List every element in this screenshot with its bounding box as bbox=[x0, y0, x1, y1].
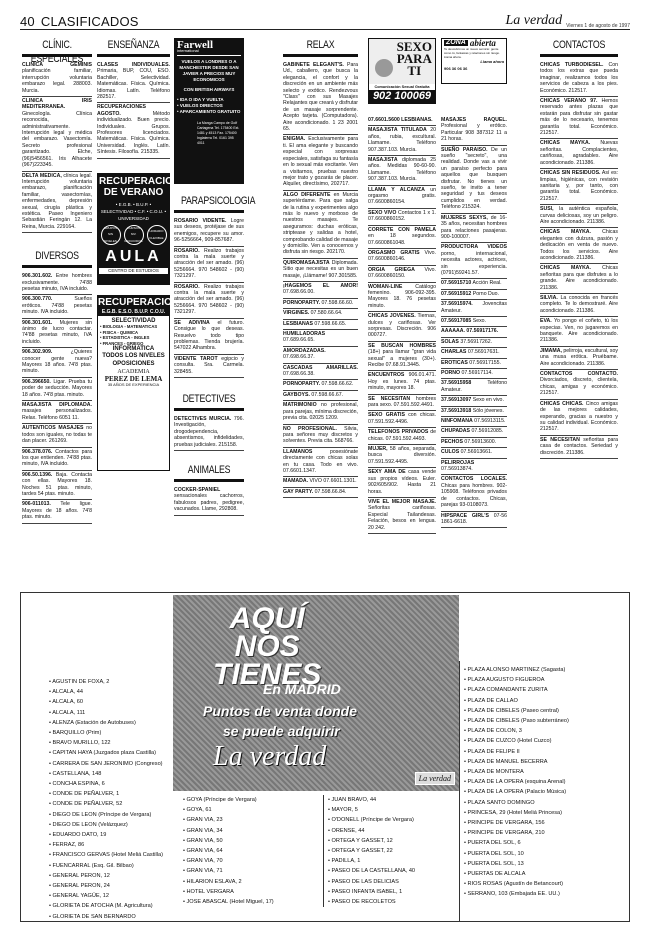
classified-ad: CONTACTOS CONTACTO. Divorciados, discret… bbox=[540, 370, 618, 400]
ad-body: 07.56917155. bbox=[468, 360, 501, 366]
classified-ad: MATRIMONIO no profesional, para parejas,… bbox=[283, 401, 358, 424]
ad-heading: VIRGINES. bbox=[283, 310, 309, 316]
sales-point-item: • GLORIETA DE SAN BERNARDO bbox=[49, 912, 199, 922]
classified-ad: 37.56913918 Sólo jóvenes. bbox=[441, 407, 507, 417]
sales-point-item: • PASEO DE RECOLETOS bbox=[328, 897, 463, 907]
detectives-list: DETECTIVES MURCIA. 796. Investigación, d… bbox=[174, 415, 244, 451]
farwell-contact: La Manga Campo de Golf Cartagena Tel. 17… bbox=[177, 121, 241, 146]
classified-ad: CHICAS VERANO 97. Hemos reservado antes … bbox=[540, 97, 618, 139]
ad-heading: DETECTIVES MURCIA. bbox=[174, 416, 231, 422]
ad-heading: 906-011013. bbox=[22, 501, 51, 507]
classified-ad: SOLAS 37.56917262. bbox=[441, 338, 507, 348]
sales-point-item: • DIEGO DE LEON (Príncipe de Vergara) bbox=[49, 810, 199, 820]
headline-sub: En MADRID bbox=[263, 681, 341, 697]
classified-ad: AMORDAZADAS. 07.698.66.37. bbox=[283, 347, 358, 364]
classified-ad: GAYBOYS. 07.598.66.67. bbox=[283, 391, 358, 401]
zona-script: abierta bbox=[470, 40, 496, 46]
ensenanza-list: CLASES INDIVIDUALES. Primaria, BUP, COU,… bbox=[97, 61, 170, 159]
sales-point-item: • PLAZA DE FELIPE II bbox=[464, 747, 631, 757]
ad-heading: 906.396650. bbox=[22, 379, 51, 385]
sales-point-item: • ORTEGA Y GASSET, 12 bbox=[328, 836, 463, 846]
classified-ad: RECUPERACIONES AGOSTO. Método individual… bbox=[97, 103, 170, 158]
sales-points-right: • PLAZA ALONSO MARTINEZ (Sagasta)• PLAZA… bbox=[459, 661, 631, 921]
ad-heading: VIDENTE TAROT bbox=[174, 356, 218, 362]
classified-ad: VIDENTE TAROT egipcio y consulta. Sra. C… bbox=[174, 355, 244, 378]
sales-point-item: • PLAZA DE CALLAO bbox=[464, 696, 631, 706]
sexo-para-ti-ad[interactable]: SEXO PARA TI Comunicación Sexual Gratuit… bbox=[368, 38, 436, 104]
zona-brand: ZONA bbox=[444, 40, 468, 46]
sales-points-mid2: • JUAN BRAVO, 44• MAYOR, 5• O'DONELL (Pr… bbox=[323, 795, 463, 907]
ad-heading: COCKER-SPANIEL bbox=[174, 487, 220, 493]
promo-badge: La verdad bbox=[415, 772, 455, 785]
ad-heading: 906.378.076. bbox=[22, 449, 52, 455]
ad-heading: ROSARIO. bbox=[174, 284, 200, 290]
ad-heading: CHICAS MAYKA. bbox=[540, 140, 590, 146]
column-relax: RELAX GABINETE ELEGANT'S. Para Ud., caba… bbox=[283, 38, 358, 498]
sales-point-item: • GENERAL PERON, 12 bbox=[49, 871, 199, 881]
sales-point-item: • DIEGO DE LEON (Velázquez) bbox=[49, 820, 199, 830]
sales-point-item: • GENERAL PERON, 24 bbox=[49, 881, 199, 891]
relax-list: GABINETE ELEGANT'S. Para Ud., caballero,… bbox=[283, 61, 358, 498]
relax2-list: 07.6601.5600 LESBIANAS.MASAJISTA TITULAD… bbox=[368, 116, 436, 534]
classified-ad: NINFOMANA 07.56913115. bbox=[441, 417, 507, 427]
ad-body: Profesional y erótico. Particular 908 38… bbox=[441, 123, 507, 142]
ad-heading: SUSI, bbox=[540, 206, 554, 212]
classified-ad: MASAJES RAQUEL. Profesional y erótico. P… bbox=[441, 116, 507, 146]
classified-ad: 906.378.076. Contactos para los que enti… bbox=[22, 448, 92, 471]
ad-body: VIVO 07.6601.1301. bbox=[308, 478, 356, 484]
headline-1: AQUÍ bbox=[213, 605, 321, 633]
classified-ad: 906.301.601. Mujeres sin ánimo de lucro … bbox=[22, 319, 92, 349]
farwell-ad[interactable]: Farwell international VUELOS A LONDRES O… bbox=[174, 38, 244, 184]
ad-heading: DELTA MEDICA, bbox=[22, 173, 62, 179]
classified-ad: CLINICA IRIS MEDITERRANEA. Ginecología. … bbox=[22, 97, 92, 171]
classified-ad: ORGASMO GRATIS Vivo. 07.6600860146. bbox=[368, 249, 436, 266]
classified-ad: MASAJISTA TITULADA 20 años, rubia, escul… bbox=[368, 126, 436, 156]
aula-ad[interactable]: RECUPERACIONES DE VERANO • E.G.B. • B.U.… bbox=[97, 173, 170, 285]
aula-sub: CENTRO DE ESTUDIOS bbox=[99, 268, 168, 274]
classified-ad: MASAJISTA DIPLOMADA. masajes personaliza… bbox=[22, 401, 92, 424]
sales-point-item: • SERRANO, 103 (Embajada EE. UU.) bbox=[464, 889, 631, 899]
classified-ad: SE NECESITAN hombres para sexo. 07.591.5… bbox=[368, 395, 436, 412]
classified-ad: GABINETE ELEGANT'S. Para Ud., caballero,… bbox=[283, 61, 358, 135]
classified-ad: LLAMANOS posesiónate directamente con ch… bbox=[283, 448, 358, 478]
classified-ad: ROSARIO VIDENTE. Logre sus deseos, proté… bbox=[174, 217, 244, 247]
academia-subjects: • BIOLOGIA - MATEMATICAS • FISICA - QUIM… bbox=[98, 324, 169, 346]
ad-body: Acción Real. bbox=[471, 280, 501, 286]
ad-heading: SE NECESITAN bbox=[540, 437, 580, 443]
classified-ad: MUJERES SEXYS, de 16-35 años, necesitan … bbox=[441, 214, 507, 244]
ad-body: 07.580.66.64. bbox=[309, 310, 342, 316]
classified-ad: SUSI, la auténtica española, curvas deli… bbox=[540, 205, 618, 228]
ad-heading: 07.56915710 bbox=[441, 280, 471, 286]
ad-heading: GAY PARTY. bbox=[283, 489, 313, 495]
ad-heading: JIMAMA, bbox=[540, 348, 562, 354]
sales-point-item: • PLAZA DE MONTERA bbox=[464, 767, 631, 777]
ad-body: 07.689.66.65. bbox=[283, 337, 315, 343]
section-parapsicologia-title: PARAPSICOLOGIA bbox=[181, 194, 237, 208]
sales-point-item: • PLAZA COMANDANTE ZURITA bbox=[464, 685, 631, 695]
classified-ad: SILVIA. La conocida en francés completo.… bbox=[540, 294, 618, 317]
classified-ad: ENCUENTROS 906.01.471. Hoy es lunes. 74 … bbox=[368, 371, 436, 394]
classified-ad: SE NECESITAN señoritas para casa de cont… bbox=[540, 436, 618, 459]
farwell-headline: VUELOS A LONDRES O A MANCHESTER DESDE SA… bbox=[177, 59, 241, 83]
ad-heading: ORGIA GRIEGA bbox=[368, 267, 415, 273]
ad-heading: CHUPADAS bbox=[441, 428, 470, 434]
aula-ad-title: RECUPERACIONES bbox=[99, 176, 168, 187]
classified-ad: CHARLAS 07.56917631. bbox=[441, 348, 507, 358]
ad-body: Señoritas cariñosas. Especial Tailandesa… bbox=[368, 505, 436, 530]
classified-ad: CORRETE CON PAMELA en 18 segundos. 07.66… bbox=[368, 226, 436, 249]
ad-body: masajes personalizados. Relax. Teléfono … bbox=[22, 408, 92, 420]
sales-point-item: • FERRAZ, 86 bbox=[49, 840, 199, 850]
ad-heading: 906.50.1396. bbox=[22, 472, 52, 478]
sales-point-item: • PADILLA, 1 bbox=[328, 856, 463, 866]
promo-line2: se puede adquirir bbox=[223, 723, 340, 739]
classified-ad: PECHOS 07.56913600. bbox=[441, 438, 507, 448]
sales-point-item: • PUERTA DEL SOL, 13 bbox=[464, 859, 631, 869]
sales-point-item: • PLAZA DE LA OPERA (Palacio Música) bbox=[464, 787, 631, 797]
classified-ad: ALGO DIFERENTE en Murcia superiérdame. P… bbox=[283, 191, 358, 259]
classified-ad: CLINICA GEMINIS planificación familiar, … bbox=[22, 61, 92, 97]
section-animales-title: ANIMALES bbox=[181, 463, 237, 477]
badge: CURSOS NIV. REDUCIDOS bbox=[124, 225, 144, 245]
divider bbox=[174, 210, 244, 213]
sales-point-item: • PLAZA ALONSO MARTINEZ (Sagasta) bbox=[464, 665, 631, 675]
classified-ad: 07.6601.5600 LESBIANAS. bbox=[368, 116, 436, 126]
sales-point-item: • JUAN BRAVO, 44 bbox=[328, 795, 463, 805]
ad-heading: MUJERES SEXYS, bbox=[441, 215, 488, 221]
classified-ad: DETECTIVES MURCIA. 796. Investigación, d… bbox=[174, 415, 244, 451]
ad-heading: NINFOMANA bbox=[441, 418, 473, 424]
ad-heading: AAAAAA. 07.56917176. bbox=[441, 328, 498, 334]
divider bbox=[174, 479, 244, 482]
classified-ad: SUEÑO PARAISO. De un sueño "secreto", un… bbox=[441, 146, 507, 214]
relax3-list: MASAJES RAQUEL. Profesional y erótico. P… bbox=[441, 116, 507, 528]
promo-line1: Puntos de venta donde bbox=[203, 703, 357, 719]
ad-heading: ORGASMO GRATIS bbox=[368, 250, 420, 256]
ad-heading: LESBIANAS bbox=[283, 321, 313, 327]
aula-ad-subtitle: DE VERANO bbox=[99, 187, 168, 198]
contactos-list: CHICAS TURBODIESEL. Con todos los extras… bbox=[540, 61, 618, 459]
sales-point-item: • PASEO DE LAS DELICIAS bbox=[328, 877, 463, 887]
academia-years: 35 AÑOS DE EXPERIENCIA bbox=[98, 382, 169, 388]
ad-heading: NO PROFESIONAL. bbox=[283, 426, 337, 432]
classified-ad: DELTA MEDICA, clínica legal. Interrupció… bbox=[22, 172, 92, 234]
classified-ad: 906.300.770. Sueños eróticos. 74'88 pese… bbox=[22, 295, 92, 318]
ad-body: Ginecología. Clínica reconocida, adminis… bbox=[22, 111, 92, 168]
ad-heading: CHARLAS bbox=[441, 349, 466, 355]
sales-point-item: • GRAN VIA, 50 bbox=[183, 836, 323, 846]
sexo-phone: 902 100069 bbox=[369, 90, 435, 103]
classified-ad: CHICAS MAYKA. Chicas elegantes con dulzu… bbox=[540, 228, 618, 264]
classified-ad: 906-011013. Tele ligue. Mayores de 18 añ… bbox=[22, 500, 92, 523]
classified-ad: CONTACTOS LOCALES. Chicas para hombres. … bbox=[441, 475, 507, 511]
classified-ad: COCKER-SPANIEL sensacionales cachorros, … bbox=[174, 486, 244, 516]
farwell-bullets: • IDA O IDA Y VUELTA • VUELOS DIRECTOS •… bbox=[177, 97, 241, 115]
ad-heading: MAMADA. bbox=[283, 478, 308, 484]
classified-ad: AAAAAA. 07.56917176. bbox=[441, 327, 507, 337]
ad-heading: 37.56913097 bbox=[441, 397, 471, 403]
sales-point-item: • O'DONELL (Príncipe de Vergara) bbox=[328, 815, 463, 825]
ad-body: 07.598.66.62. bbox=[320, 381, 353, 387]
sexo-line3: TI bbox=[397, 65, 432, 77]
ad-body: Sexo en vivo. bbox=[471, 397, 504, 403]
ad-body: en 18 segundos. 07.6600861048. bbox=[368, 233, 436, 245]
sales-point-item: • GENERAL YAGÜE, 12 bbox=[49, 891, 199, 901]
classified-ad: WOMAN-LINE Catálogo femenino. 906-092-39… bbox=[368, 283, 436, 313]
ad-body: 07.56913661. bbox=[459, 449, 492, 455]
ad-heading: MUJER, bbox=[368, 446, 388, 452]
farwell-airline: CON BRITISH AIRWAYS bbox=[177, 87, 241, 93]
sales-point-item: • JOSE ABASCAL (Hotel Miguel, 17) bbox=[183, 897, 323, 907]
ad-body: Sexo. bbox=[471, 318, 486, 324]
ad-heading: ROSARIO. bbox=[174, 248, 200, 254]
ad-heading: PRODUCTORA VIDEOS bbox=[441, 244, 507, 250]
classified-ad: 906.396650. Ligar. Prueba tu poder de se… bbox=[22, 378, 92, 401]
classified-ad: CHICAS SIN RESIDUOS. Así es: limpias, hi… bbox=[540, 169, 618, 205]
academia-s3: TODOS LOS NIVELES bbox=[98, 353, 169, 359]
ad-heading: CLASES INDIVIDUALES. bbox=[97, 62, 170, 68]
section-detectives-title: DETECTIVES bbox=[181, 392, 237, 406]
divider bbox=[174, 408, 244, 411]
zona-phone: 906 36 06 36 bbox=[444, 66, 504, 72]
ad-heading: PORNOPARTY. bbox=[283, 381, 320, 387]
classified-ad: LLAMA Y ALCANZA un orgasmo gratis. 07.66… bbox=[368, 186, 436, 209]
classified-ad: SEXY AMA DE casa vende sus propios vídeo… bbox=[368, 468, 436, 498]
ad-heading: QUIROMASAJISTA bbox=[283, 260, 330, 266]
classified-ad: CHICAS TURBODIESEL. Con todos los extras… bbox=[540, 61, 618, 97]
classified-ad: SEXO GRATIS con chicas. 07.591.592.4496. bbox=[368, 411, 436, 428]
ad-body: 37.56917262. bbox=[459, 339, 492, 345]
ad-heading: WOMAN-LINE bbox=[368, 284, 402, 290]
ad-body: 07.598.66.60. bbox=[320, 300, 353, 306]
academia-s4: OPOSICIONES bbox=[98, 361, 169, 367]
sales-point-item: • CONDE DE PEÑALVER, 52 bbox=[49, 799, 199, 809]
sales-point-item: • ORTEGA Y GASSET, 22 bbox=[328, 846, 463, 856]
ad-heading: MASAJES RAQUEL. bbox=[441, 117, 507, 123]
issue-date: Viernes 1 de agosto de 1997 bbox=[566, 23, 630, 29]
sales-point-item: • GRAN VIA, 34 bbox=[183, 826, 323, 836]
ad-heading: SEXO GRATIS bbox=[368, 412, 405, 418]
ad-heading: MATRIMONIO bbox=[283, 402, 317, 408]
section-ensenanza-title: ENSEÑANZA bbox=[104, 38, 162, 52]
ad-heading: SUEÑO PARAISO. bbox=[441, 147, 488, 153]
animales-list: COCKER-SPANIEL sensacionales cachorros, … bbox=[174, 486, 244, 516]
promo-brand: La verdad bbox=[213, 741, 326, 773]
diversos-list: 906.301.602. Entre hombres exclusivament… bbox=[22, 272, 92, 523]
classified-ad: GAY PARTY. 07.598.66.84. bbox=[283, 488, 358, 498]
classified-ad: 906.301.602. Entre hombres exclusivament… bbox=[22, 272, 92, 295]
classified-ad: CULOS 07.56913661. bbox=[441, 448, 507, 458]
classified-ad: 37.56915974. Jovencitas Amateur. bbox=[441, 300, 507, 317]
classified-ad: MUJER, 58 años, separada, busca diversió… bbox=[368, 445, 436, 468]
page-label: 40CLASIFICADOS bbox=[20, 14, 139, 29]
ad-heading: VIVE EL MEJOR MASAJE. bbox=[368, 499, 436, 505]
classified-ad: ROSARIO. Realizo trabajos contra la mala… bbox=[174, 247, 244, 283]
ad-heading: EROTICAS bbox=[441, 360, 468, 366]
madrid-sales-points: • AGUSTIN DE FOXA, 2• ALCALA, 44• ALCALA… bbox=[20, 592, 630, 922]
ad-heading: HUMILLADORAS bbox=[283, 331, 325, 337]
column-relax-2: SEXO PARA TI Comunicación Sexual Gratuit… bbox=[368, 38, 436, 534]
ad-body: Primaria, BUP, COU, ESO. Bachiller, Sele… bbox=[97, 68, 170, 100]
ad-heading: CONTACTOS LOCALES. bbox=[441, 476, 507, 482]
ad-body: 07.56917631. bbox=[466, 349, 499, 355]
classified-ad: CHICAS MAYKA. Chicas señoritas para que … bbox=[540, 264, 618, 294]
classified-ad: CHICAS MAYKA. Nuevas señoritas. Complaci… bbox=[540, 139, 618, 169]
ad-body: (18+) para llamar "gran vida sexual" a m… bbox=[368, 349, 436, 368]
section-relax-title: RELAX bbox=[291, 38, 351, 52]
ad-heading: 906.301.601. bbox=[22, 320, 52, 326]
classified-ad: NO PROFESIONAL. Silvia, para señores muy… bbox=[283, 425, 358, 448]
ad-body: en Murcia superiérdame. Para que salga d… bbox=[283, 192, 358, 256]
clinicas-list: CLINICA GEMINIS planificación familiar, … bbox=[22, 61, 92, 233]
classified-ad: HIPSPACE GIRL'S 07-56 1861-6618. bbox=[441, 512, 507, 529]
sales-point-item: • MAYOR, 5 bbox=[328, 805, 463, 815]
sales-point-item: • PUERTA DEL SOL, 6 bbox=[464, 838, 631, 848]
divider bbox=[22, 265, 92, 268]
ad-heading: MASAJISTA bbox=[368, 157, 398, 163]
sales-point-item: • GRAN VIA, 23 bbox=[183, 815, 323, 825]
ad-heading: TELEFONOS PRIVADOS bbox=[368, 429, 428, 435]
section-contactos-title: CONTACTOS bbox=[548, 38, 610, 52]
classified-ad: CHICAS JOVENES. Tiernas, dulces y cariño… bbox=[368, 312, 436, 342]
badge: GRUPOS SIN NIVELES bbox=[101, 225, 121, 245]
column-relax-3: ZONA abierta Te descubrimos un nuevo ser… bbox=[441, 38, 507, 528]
classified-ad: PRODUCTORA VIDEOS porno, internacional, … bbox=[441, 243, 507, 279]
ad-heading: MASAJISTA DIPLOMADA. bbox=[22, 402, 92, 408]
badge: HORARIO FLEXIBLE bbox=[147, 225, 167, 245]
classified-ad: ROSARIO. Realizo trabajos contra la mala… bbox=[174, 283, 244, 319]
flower-icon bbox=[375, 59, 393, 77]
divider bbox=[540, 54, 618, 57]
divider bbox=[97, 54, 170, 57]
sales-point-item: • PRINCIPE DE VERGARA, 156 bbox=[464, 818, 631, 828]
ad-heading: 37.56913918 bbox=[441, 408, 471, 414]
academia-title: RECUPERACIONES bbox=[98, 296, 169, 309]
sales-point-item: • HILARION ESLAVA, 2 bbox=[183, 877, 323, 887]
classified-ad: PORNOPARTY. 07.598.66.60. bbox=[283, 299, 358, 309]
ad-body: porno, internacional, necesita actores, … bbox=[441, 251, 507, 276]
classified-ad: JIMAMA, pelirroja, escultural, soy una m… bbox=[540, 347, 618, 370]
ad-body: 07.56913874. bbox=[441, 466, 473, 472]
ad-heading: CORRETE CON PAMELA bbox=[368, 227, 436, 233]
sales-point-item: • PLAZA DE MANUEL BECERRA bbox=[464, 757, 631, 767]
ad-heading: SE ADIVINA bbox=[174, 320, 210, 326]
column-ensenanza: ENSEÑANZA CLASES INDIVIDUALES. Primaria,… bbox=[97, 38, 170, 471]
ad-heading: PECHOS bbox=[441, 439, 463, 445]
ad-body: Exclusivamente para ti. El ama elegante … bbox=[283, 136, 358, 187]
page-number: 40 bbox=[20, 14, 35, 29]
ad-heading: SILVIA. bbox=[540, 295, 558, 301]
classified-ad: MASAJISTA diplomada 25 años. Medidas 90-… bbox=[368, 156, 436, 186]
ad-heading: SEXY AMA DE bbox=[368, 469, 406, 475]
classified-ad: SEXO VIVO Contactos 1 x 1. 07.6600860152… bbox=[368, 209, 436, 226]
ad-heading: CHICAS TURBODIESEL. bbox=[540, 62, 604, 68]
classified-ad: HUMILLADORAS 07.689.66.65. bbox=[283, 330, 358, 347]
ad-body: sensacionales cachorros, fabulosos padre… bbox=[174, 493, 244, 512]
aula-brand: AULA bbox=[99, 248, 168, 266]
ad-heading: CHICAS VERANO 97. bbox=[540, 98, 597, 104]
ad-heading: ¡HAGEMOS EL AMOR! bbox=[283, 283, 358, 289]
ad-body: Método individualizado. Buen precio. Ind… bbox=[97, 111, 170, 155]
zona-abierta-ad[interactable]: ZONA abierta Te descubrimos un nuevo ser… bbox=[441, 38, 507, 84]
classified-ad: EVA. Yo pongo el coñeto, tú los especias… bbox=[540, 317, 618, 347]
ad-heading: GABINETE ELEGANT'S. bbox=[283, 62, 344, 68]
ad-body: Porno Duo. bbox=[471, 291, 499, 297]
ad-heading: HIPSPACE GIRL'S bbox=[441, 513, 489, 519]
sales-point-item: • PLAZA DE COLON, 3 bbox=[464, 726, 631, 736]
ad-heading: SE NECESITAN bbox=[368, 396, 410, 402]
classified-ad: 37.56915958 Teléfono Amateur. bbox=[441, 379, 507, 396]
ad-heading: LLAMANOS bbox=[283, 449, 312, 455]
classified-ad: SE BUSCAN HOMBRES (18+) para llamar "gra… bbox=[368, 342, 436, 372]
classified-ad: TELEFONOS PRIVADOS de chicas. 07.591.592… bbox=[368, 428, 436, 445]
ad-body: 07.698.66.38. bbox=[283, 371, 315, 377]
section-diversos-title: DIVERSOS bbox=[29, 249, 85, 263]
ad-heading: SEXO VIVO bbox=[368, 210, 396, 216]
ad-heading: PELIRROJAS bbox=[441, 460, 474, 466]
ad-heading: 07.56915912 bbox=[441, 291, 471, 297]
ad-heading: ENIGMA. bbox=[283, 136, 305, 142]
ad-body: De un sueño "secreto", una realidad. Don… bbox=[441, 147, 507, 211]
sales-point-item: • GOYA, 61 bbox=[183, 805, 323, 815]
classified-ad: VIVE EL MEJOR MASAJE. Señoritas cariñosa… bbox=[368, 498, 436, 534]
ad-body: 07.698.66.00. bbox=[283, 289, 315, 295]
ad-heading: CASCADAS AMARILLAS. bbox=[283, 365, 358, 371]
ad-heading: CONTACTOS CONTACTO. bbox=[540, 371, 618, 377]
ad-body: Yo pongo el coñeto, tú los especias. Ven… bbox=[540, 318, 618, 343]
academia-ad[interactable]: RECUPERACIONES E.G.B. E.S.O. B.U.P. C.O.… bbox=[97, 295, 170, 471]
sales-point-item: • HOTEL VERGARA bbox=[183, 887, 323, 897]
ad-body: 07.598.66.67. bbox=[310, 392, 343, 398]
ad-heading: CHICAS CHICAS. bbox=[540, 401, 583, 407]
ad-body: 07.698.66.37. bbox=[283, 354, 315, 360]
zona-text: Te descubrimos un nuevo servicio: gente … bbox=[444, 47, 504, 59]
ad-body: Hemos reservado antes plazas que estarán… bbox=[540, 98, 618, 136]
ad-heading: PORNO bbox=[441, 370, 460, 376]
ad-heading: PORNOPARTY. bbox=[283, 300, 320, 306]
ad-heading: MASAJISTA TITULADA bbox=[368, 127, 427, 133]
section-title: CLASIFICADOS bbox=[41, 14, 139, 29]
divider bbox=[283, 54, 358, 57]
classified-ad: 37.56913097 Sexo en vivo. bbox=[441, 396, 507, 406]
sales-point-item: • PLAZA DE LA OPERA (esquina Arenal) bbox=[464, 777, 631, 787]
column-contactos: CONTACTOS CHICAS TURBODIESEL. Con todos … bbox=[540, 38, 618, 459]
sales-point-item: • GRAN VIA, 70 bbox=[183, 856, 323, 866]
ad-heading: 07.56917085 bbox=[441, 318, 471, 324]
sales-point-item: • PLAZA SANTO DOMINGO bbox=[464, 798, 631, 808]
ad-heading: CHICAS MAYKA. bbox=[540, 265, 591, 271]
sales-point-item: • PASEO INFANTA ISABEL, 1 bbox=[328, 887, 463, 897]
classified-ad: PORNO 07.56917114. bbox=[441, 369, 507, 379]
classified-ad: CASCADAS AMARILLAS. 07.698.66.38. bbox=[283, 364, 358, 381]
ad-heading: CHICAS JOVENES. bbox=[368, 313, 416, 319]
sales-point-item: • FRANCISCO GERVAS (Hotel Meliá Castilla… bbox=[49, 850, 199, 860]
classified-ad: PELIRROJAS 07.56913874. bbox=[441, 459, 507, 476]
sales-point-item: • RIOS ROSAS (Agustín de Betancourt) bbox=[464, 879, 631, 889]
ad-heading: EVA. bbox=[540, 318, 552, 324]
classified-ad: 07.56915912 Porno Duo. bbox=[441, 290, 507, 300]
ad-heading: CLINICA IRIS MEDITERRANEA. bbox=[22, 98, 92, 110]
ad-body: Divorciados, discreto, clientela, chicas… bbox=[540, 377, 618, 396]
sales-point-item: • PLAZA DE CIBELES (Paso subterráneo) bbox=[464, 716, 631, 726]
ad-heading: ENCUENTROS bbox=[368, 372, 404, 378]
aqui-nos-tienes-banner[interactable]: AQUÍ NOS TIENES En MADRID Puntos de vent… bbox=[173, 595, 459, 791]
sales-point-item: • PLAZA DE CUZCO (Hotel Cuzco) bbox=[464, 736, 631, 746]
sales-point-item: • GOYA (Príncipe de Vergara) bbox=[183, 795, 323, 805]
classified-ad: CLASES INDIVIDUALES. Primaria, BUP, COU,… bbox=[97, 61, 170, 103]
